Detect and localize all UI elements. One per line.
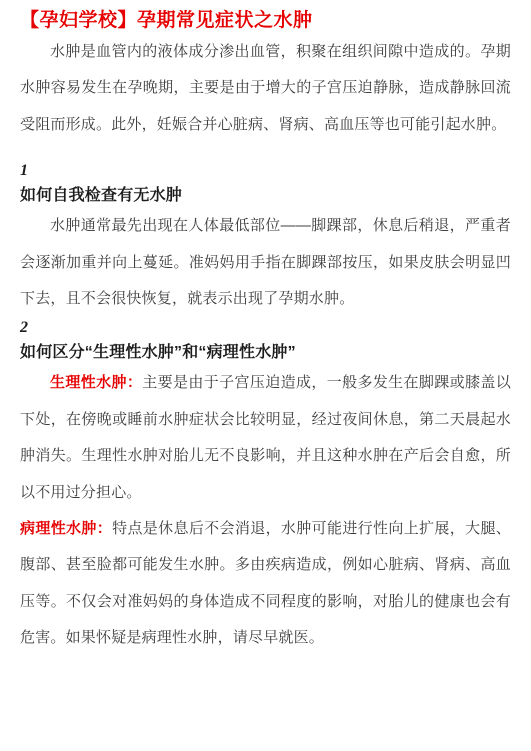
self-check-paragraph: 水肿通常最先出现在人体最低部位——脚踝部，休息后稍退，严重者会逐渐加重并向上蔓延… xyxy=(20,208,511,317)
physiological-edema-text: 主要是由于子宫压迫造成，一般多发生在脚踝或膝盖以下处，在傍晚或睡前水肿症状会比较… xyxy=(20,374,511,500)
section-number-2: 2 xyxy=(20,317,511,339)
page-title: 【孕妇学校】孕期常见症状之水肿 xyxy=(20,8,511,34)
physiological-edema-label: 生理性水肿： xyxy=(50,374,142,391)
section-heading-self-check: 如何自我检查有无水肿 xyxy=(20,184,511,208)
section-number-1: 1 xyxy=(20,160,511,182)
pathological-edema-paragraph: 病理性水肿：特点是休息后不会消退，水肿可能进行性向上扩展，大腿、腹部、甚至脸都可… xyxy=(20,511,511,657)
article: 【孕妇学校】孕期常见症状之水肿 水肿是血管内的液体成分渗出血管，积聚在组织间隙中… xyxy=(0,8,531,657)
pathological-edema-label: 病理性水肿： xyxy=(20,520,112,537)
physiological-edema-paragraph: 生理性水肿：主要是由于子宫压迫造成，一般多发生在脚踝或膝盖以下处，在傍晚或睡前水… xyxy=(20,365,511,511)
pathological-edema-text: 特点是休息后不会消退，水肿可能进行性向上扩展，大腿、腹部、甚至脸都可能发生水肿。… xyxy=(20,520,511,646)
intro-paragraph: 水肿是血管内的液体成分渗出血管，积聚在组织间隙中造成的。孕期水肿容易发生在孕晚期… xyxy=(20,34,511,143)
section-heading-distinguish: 如何区分“生理性水肿”和“病理性水肿” xyxy=(20,341,511,365)
